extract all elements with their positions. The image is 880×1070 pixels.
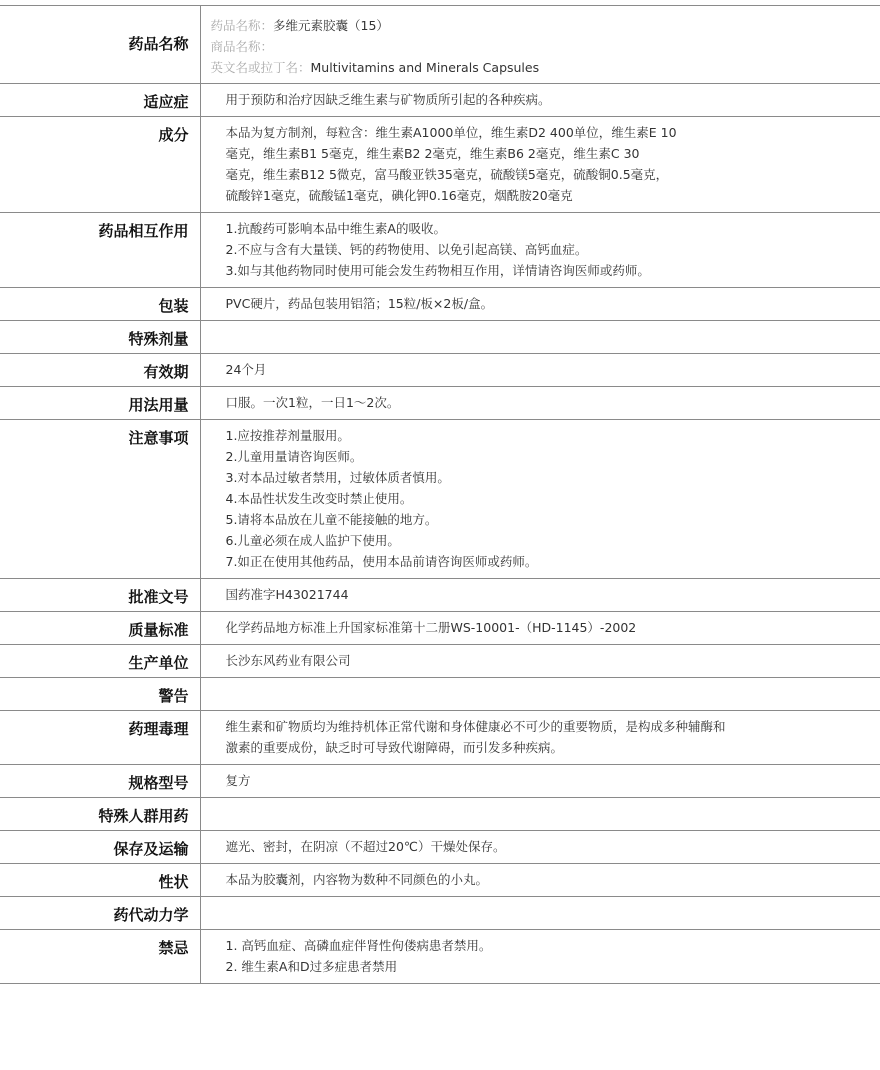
interactions-item: 2.不应与含有大量镁、钙的药物使用、以免引起高镁、高钙血症。: [226, 239, 871, 260]
precautions-item: 3.对本品过敏者禁用，过敏体质者慎用。: [226, 467, 871, 488]
shelf-life-text: 24个月: [226, 359, 871, 380]
value-specification: 复方: [200, 765, 880, 798]
row-description: 性状 本品为胶囊剂，内容物为数种不同颜色的小丸。: [0, 864, 880, 897]
row-special-dosage: 特殊剂量: [0, 321, 880, 354]
value-indications: 用于预防和治疗因缺乏维生素与矿物质所引起的各种疾病。: [200, 84, 880, 117]
generic-name-line: 药品名称：多维元素胶囊（15）: [211, 15, 871, 36]
precautions-item: 7.如正在使用其他药品，使用本品前请咨询医师或药师。: [226, 551, 871, 572]
value-precautions: 1.应按推荐剂量服用。 2.儿童用量请咨询医师。 3.对本品过敏者禁用，过敏体质…: [200, 420, 880, 579]
row-ingredients: 成分 本品为复方制剂，每粒含：维生素A1000单位，维生素D2 400单位，维生…: [0, 117, 880, 213]
interactions-item: 3.如与其他药物同时使用可能会发生药物相互作用，详情请咨询医师或药师。: [226, 260, 871, 281]
ingredients-line: 毫克，维生素B1 5毫克，维生素B2 2毫克，维生素B6 2毫克，维生素C 30: [226, 143, 871, 164]
description-text: 本品为胶囊剂，内容物为数种不同颜色的小丸。: [226, 869, 871, 890]
ingredients-line: 毫克，维生素B12 5微克，富马酸亚铁35毫克，硫酸镁5毫克，硫酸铜0.5毫克，: [226, 164, 871, 185]
english-name-value: Multivitamins and Minerals Capsules: [311, 60, 540, 75]
row-pharmacokinetics: 药代动力学: [0, 897, 880, 930]
ingredients-line: 硫酸锌1毫克，硫酸锰1毫克，碘化钾0.16毫克，烟酰胺20毫克: [226, 185, 871, 206]
row-contraindications: 禁忌 1. 高钙血症、高磷血症伴肾性佝偻病患者禁用。 2. 维生素A和D过多症患…: [0, 930, 880, 984]
row-warning: 警告: [0, 678, 880, 711]
value-ingredients: 本品为复方制剂，每粒含：维生素A1000单位，维生素D2 400单位，维生素E …: [200, 117, 880, 213]
precautions-item: 1.应按推荐剂量服用。: [226, 425, 871, 446]
generic-name-value: 多维元素胶囊（15）: [273, 18, 389, 33]
row-special-populations: 特殊人群用药: [0, 798, 880, 831]
value-special-populations: [200, 798, 880, 831]
indications-text: 用于预防和治疗因缺乏维生素与矿物质所引起的各种疾病。: [226, 89, 871, 110]
label-manufacturer: 生产单位: [0, 645, 200, 678]
value-interactions: 1.抗酸药可影响本品中维生素A的吸收。 2.不应与含有大量镁、钙的药物使用、以免…: [200, 213, 880, 288]
contraindications-item: 2. 维生素A和D过多症患者禁用: [226, 956, 871, 977]
label-interactions: 药品相互作用: [0, 213, 200, 288]
row-storage: 保存及运输 遮光、密封，在阴凉（不超过20℃）干燥处保存。: [0, 831, 880, 864]
label-warning: 警告: [0, 678, 200, 711]
label-precautions: 注意事项: [0, 420, 200, 579]
value-packaging: PVC硬片，药品包装用铝箔；15粒/板×2板/盒。: [200, 288, 880, 321]
row-packaging: 包装 PVC硬片，药品包装用铝箔；15粒/板×2板/盒。: [0, 288, 880, 321]
row-specification: 规格型号 复方: [0, 765, 880, 798]
value-usage: 口服。一次1粒，一日1～2次。: [200, 387, 880, 420]
specification-text: 复方: [226, 770, 871, 791]
label-approval-number: 批准文号: [0, 579, 200, 612]
quality-standard-text: 化学药品地方标准上升国家标准第十二册WS-10001-（HD-1145）-200…: [226, 617, 871, 638]
precautions-item: 4.本品性状发生改变时禁止使用。: [226, 488, 871, 509]
usage-text: 口服。一次1粒，一日1～2次。: [226, 392, 871, 413]
label-usage: 用法用量: [0, 387, 200, 420]
approval-number-text: 国药准字H43021744: [226, 584, 871, 605]
value-quality-standard: 化学药品地方标准上升国家标准第十二册WS-10001-（HD-1145）-200…: [200, 612, 880, 645]
value-description: 本品为胶囊剂，内容物为数种不同颜色的小丸。: [200, 864, 880, 897]
row-approval-number: 批准文号 国药准字H43021744: [0, 579, 880, 612]
label-shelf-life: 有效期: [0, 354, 200, 387]
label-packaging: 包装: [0, 288, 200, 321]
value-approval-number: 国药准字H43021744: [200, 579, 880, 612]
label-description: 性状: [0, 864, 200, 897]
storage-text: 遮光、密封，在阴凉（不超过20℃）干燥处保存。: [226, 836, 871, 857]
pharmacology-line: 激素的重要成份，缺乏时可导致代谢障碍，而引发多种疾病。: [226, 737, 871, 758]
value-storage: 遮光、密封，在阴凉（不超过20℃）干燥处保存。: [200, 831, 880, 864]
row-indications: 适应症 用于预防和治疗因缺乏维生素与矿物质所引起的各种疾病。: [0, 84, 880, 117]
value-pharmacokinetics: [200, 897, 880, 930]
english-name-label: 英文名或拉丁名：: [211, 60, 311, 75]
label-ingredients: 成分: [0, 117, 200, 213]
row-manufacturer: 生产单位 长沙东风药业有限公司: [0, 645, 880, 678]
packaging-text: PVC硬片，药品包装用铝箔；15粒/板×2板/盒。: [226, 293, 871, 314]
manufacturer-text: 长沙东风药业有限公司: [226, 650, 871, 671]
trade-name-label: 商品名称：: [211, 39, 274, 54]
row-interactions: 药品相互作用 1.抗酸药可影响本品中维生素A的吸收。 2.不应与含有大量镁、钙的…: [0, 213, 880, 288]
label-specification: 规格型号: [0, 765, 200, 798]
label-quality-standard: 质量标准: [0, 612, 200, 645]
precautions-item: 5.请将本品放在儿童不能接触的地方。: [226, 509, 871, 530]
label-contraindications: 禁忌: [0, 930, 200, 984]
value-warning: [200, 678, 880, 711]
interactions-item: 1.抗酸药可影响本品中维生素A的吸收。: [226, 218, 871, 239]
precautions-item: 6.儿童必须在成人监护下使用。: [226, 530, 871, 551]
label-storage: 保存及运输: [0, 831, 200, 864]
precautions-item: 2.儿童用量请咨询医师。: [226, 446, 871, 467]
value-contraindications: 1. 高钙血症、高磷血症伴肾性佝偻病患者禁用。 2. 维生素A和D过多症患者禁用: [200, 930, 880, 984]
row-usage: 用法用量 口服。一次1粒，一日1～2次。: [0, 387, 880, 420]
value-pharmacology: 维生素和矿物质均为维持机体正常代谢和身体健康必不可少的重要物质，是构成多种辅酶和…: [200, 711, 880, 765]
row-quality-standard: 质量标准 化学药品地方标准上升国家标准第十二册WS-10001-（HD-1145…: [0, 612, 880, 645]
label-special-populations: 特殊人群用药: [0, 798, 200, 831]
row-pharmacology: 药理毒理 维生素和矿物质均为维持机体正常代谢和身体健康必不可少的重要物质，是构成…: [0, 711, 880, 765]
label-pharmacokinetics: 药代动力学: [0, 897, 200, 930]
generic-name-label: 药品名称：: [211, 18, 274, 33]
row-drug-name: 药品名称 药品名称：多维元素胶囊（15） 商品名称： 英文名或拉丁名：Multi…: [0, 6, 880, 84]
pharmacology-line: 维生素和矿物质均为维持机体正常代谢和身体健康必不可少的重要物质，是构成多种辅酶和: [226, 716, 871, 737]
english-name-line: 英文名或拉丁名：Multivitamins and Minerals Capsu…: [211, 57, 871, 78]
row-shelf-life: 有效期 24个月: [0, 354, 880, 387]
value-manufacturer: 长沙东风药业有限公司: [200, 645, 880, 678]
contraindications-item: 1. 高钙血症、高磷血症伴肾性佝偻病患者禁用。: [226, 935, 871, 956]
row-precautions: 注意事项 1.应按推荐剂量服用。 2.儿童用量请咨询医师。 3.对本品过敏者禁用…: [0, 420, 880, 579]
ingredients-line: 本品为复方制剂，每粒含：维生素A1000单位，维生素D2 400单位，维生素E …: [226, 122, 871, 143]
value-shelf-life: 24个月: [200, 354, 880, 387]
label-special-dosage: 特殊剂量: [0, 321, 200, 354]
drug-spec-table: 药品名称 药品名称：多维元素胶囊（15） 商品名称： 英文名或拉丁名：Multi…: [0, 5, 880, 984]
value-special-dosage: [200, 321, 880, 354]
label-pharmacology: 药理毒理: [0, 711, 200, 765]
trade-name-line: 商品名称：: [211, 36, 871, 57]
label-indications: 适应症: [0, 84, 200, 117]
value-drug-name: 药品名称：多维元素胶囊（15） 商品名称： 英文名或拉丁名：Multivitam…: [200, 6, 880, 84]
label-drug-name: 药品名称: [0, 6, 200, 84]
